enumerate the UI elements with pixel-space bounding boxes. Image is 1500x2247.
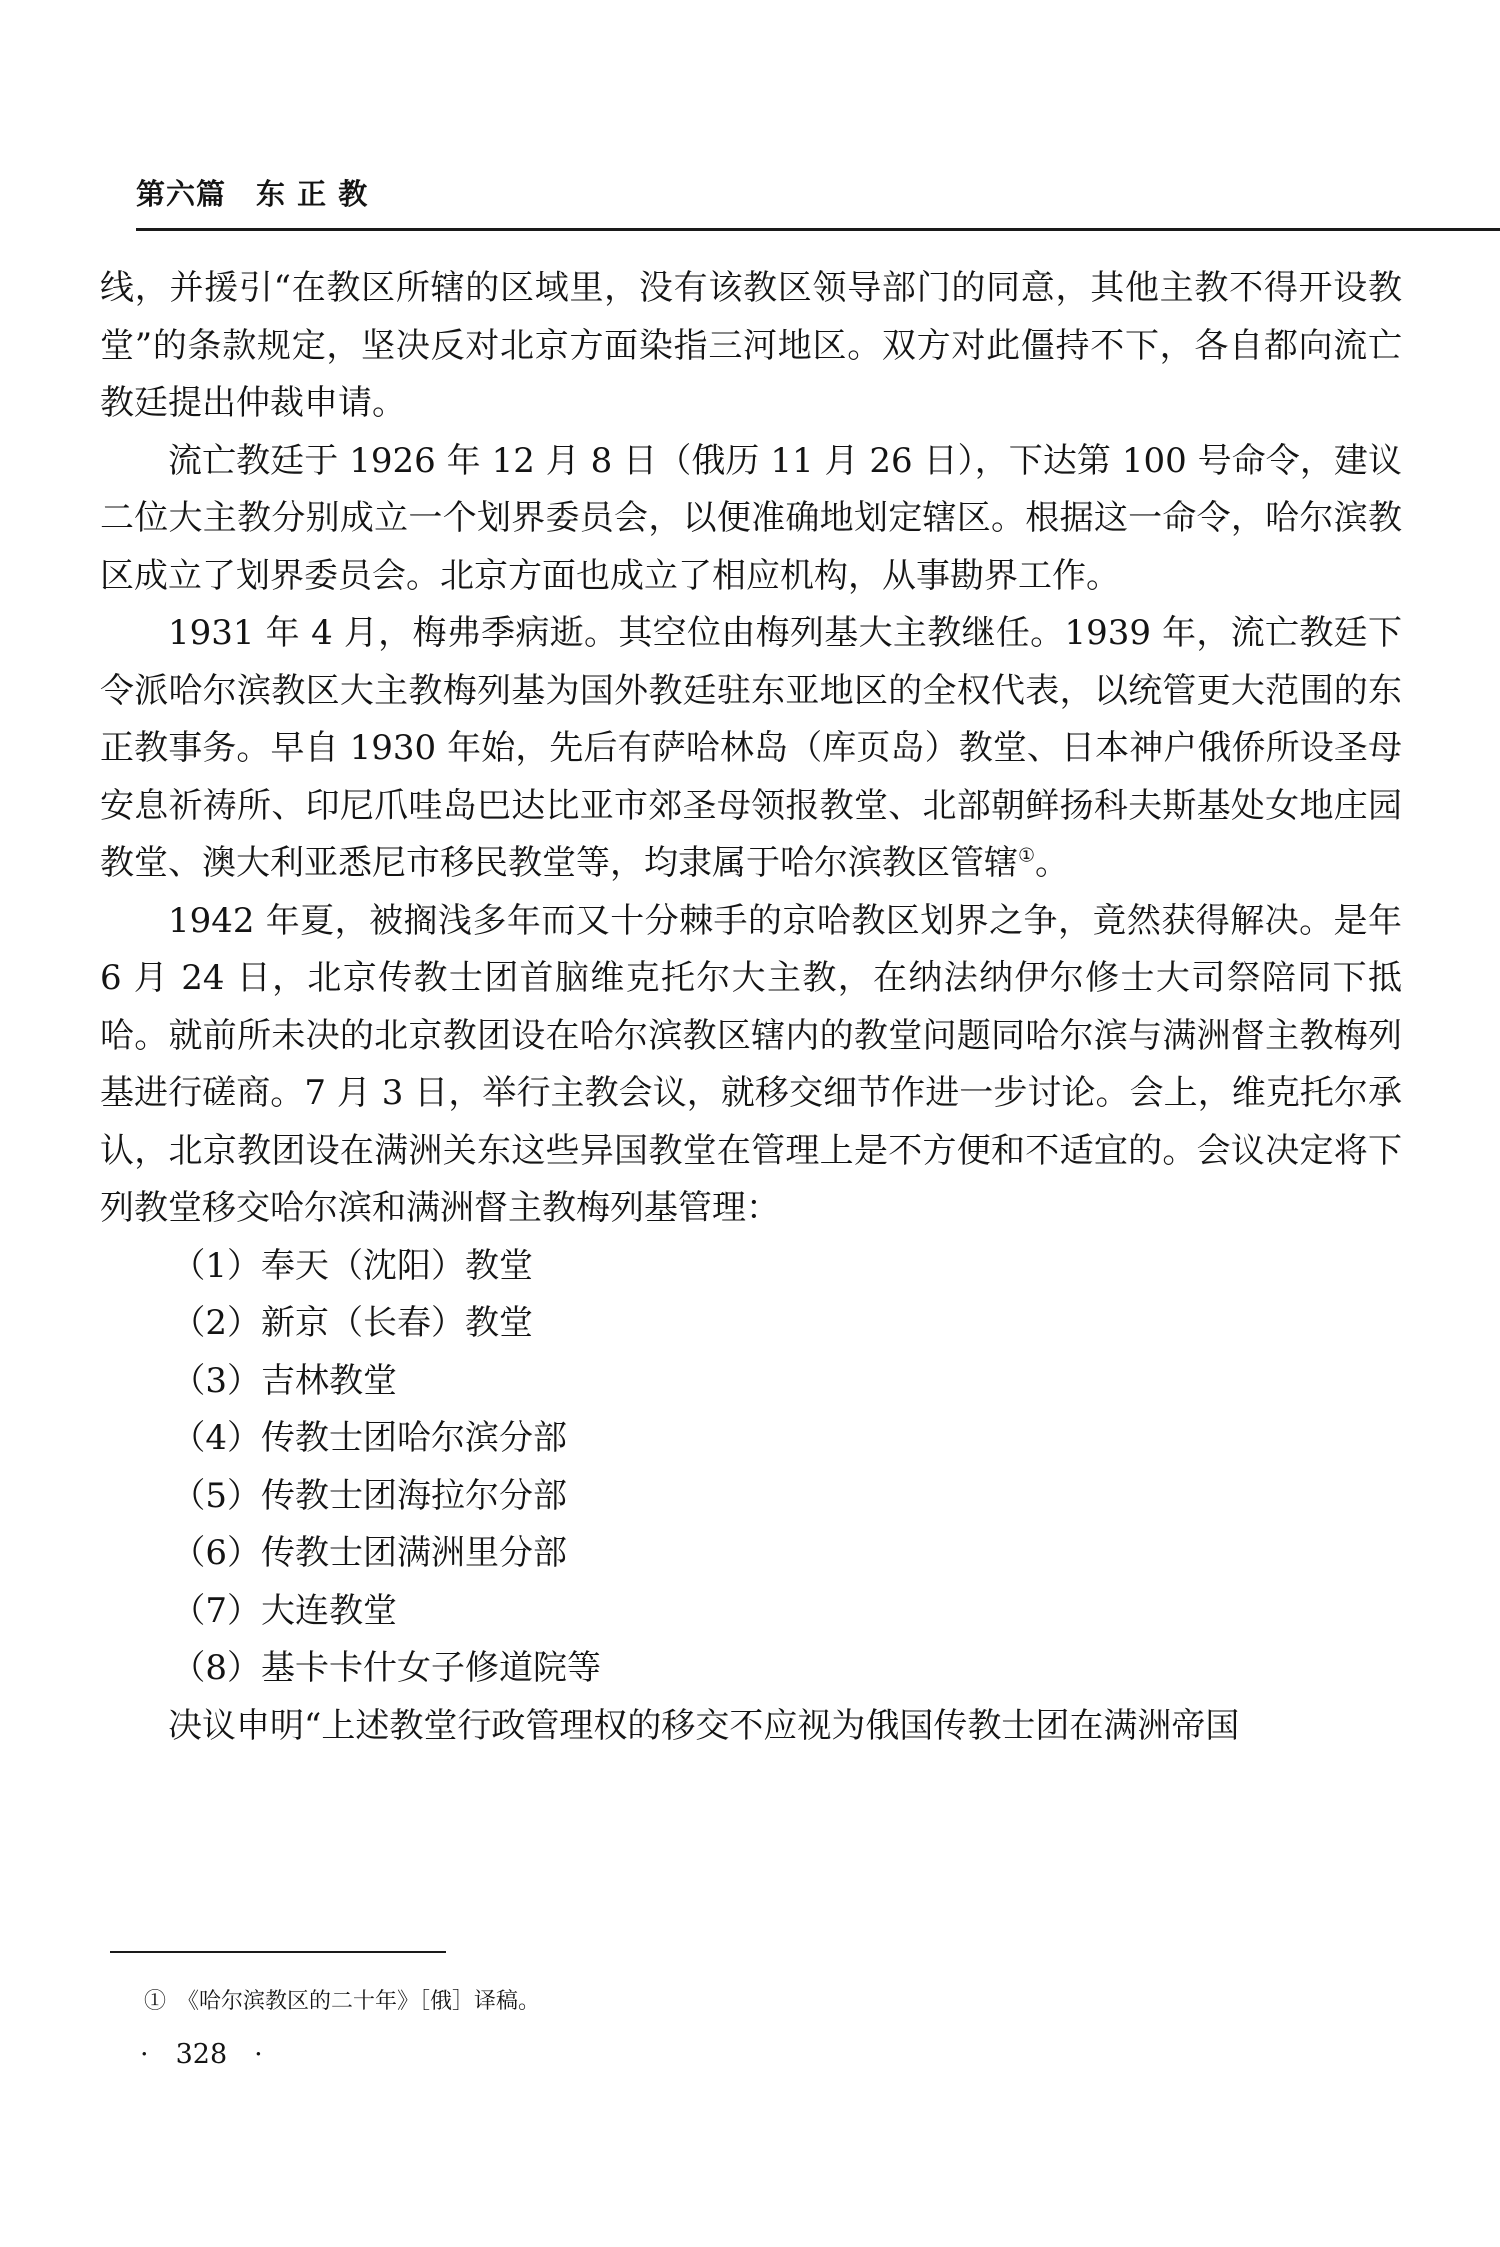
paragraph-1931-text: 1931 年 4 月，梅弗季病逝。其空位由梅列基大主教继任。1939 年，流亡教…	[100, 613, 1402, 883]
page-number: · 328 ·	[140, 2032, 263, 2071]
paragraph-1931-tail: 。	[1035, 843, 1069, 883]
book-page: 第六篇 东 正 教 线，并援引“在教区所辖的区域里，没有该教区领导部门的同意，其…	[100, 0, 1402, 2247]
list-item: （1）奉天（沈阳）教堂	[100, 1238, 1402, 1296]
list-item: （4）传教士团哈尔滨分部	[100, 1410, 1402, 1468]
list-item: （5）传教士团海拉尔分部	[100, 1468, 1402, 1526]
body-text: 线，并援引“在教区所辖的区域里，没有该教区领导部门的同意，其他主教不得开设教堂”…	[100, 260, 1402, 1755]
list-item: （8）基卡卡什女子修道院等	[100, 1640, 1402, 1698]
list-item: （7）大连教堂	[100, 1583, 1402, 1641]
footnote-reference[interactable]: ①	[1018, 845, 1035, 867]
paragraph-continued: 线，并援引“在教区所辖的区域里，没有该教区领导部门的同意，其他主教不得开设教堂”…	[100, 260, 1402, 433]
footnote-rule	[110, 1951, 446, 1953]
paragraph-1931: 1931 年 4 月，梅弗季病逝。其空位由梅列基大主教继任。1939 年，流亡教…	[100, 605, 1402, 893]
paragraph-1926-order: 流亡教廷于 1926 年 12 月 8 日（俄历 11 月 26 日），下达第 …	[100, 433, 1402, 606]
list-item: （2）新京（长春）教堂	[100, 1295, 1402, 1353]
paragraph-resolution: 决议申明“上述教堂行政管理权的移交不应视为俄国传教士团在满洲帝国	[100, 1698, 1402, 1756]
running-head: 第六篇 东 正 教	[136, 172, 368, 213]
header-rule	[136, 228, 1500, 231]
list-item: （6）传教士团满洲里分部	[100, 1525, 1402, 1583]
paragraph-1942: 1942 年夏，被搁浅多年而又十分棘手的京哈教区划界之争，竟然获得解决。是年 6…	[100, 893, 1402, 1238]
footnote: ① 《哈尔滨教区的二十年》［俄］译稿。	[144, 1984, 540, 2015]
list-item: （3）吉林教堂	[100, 1353, 1402, 1411]
